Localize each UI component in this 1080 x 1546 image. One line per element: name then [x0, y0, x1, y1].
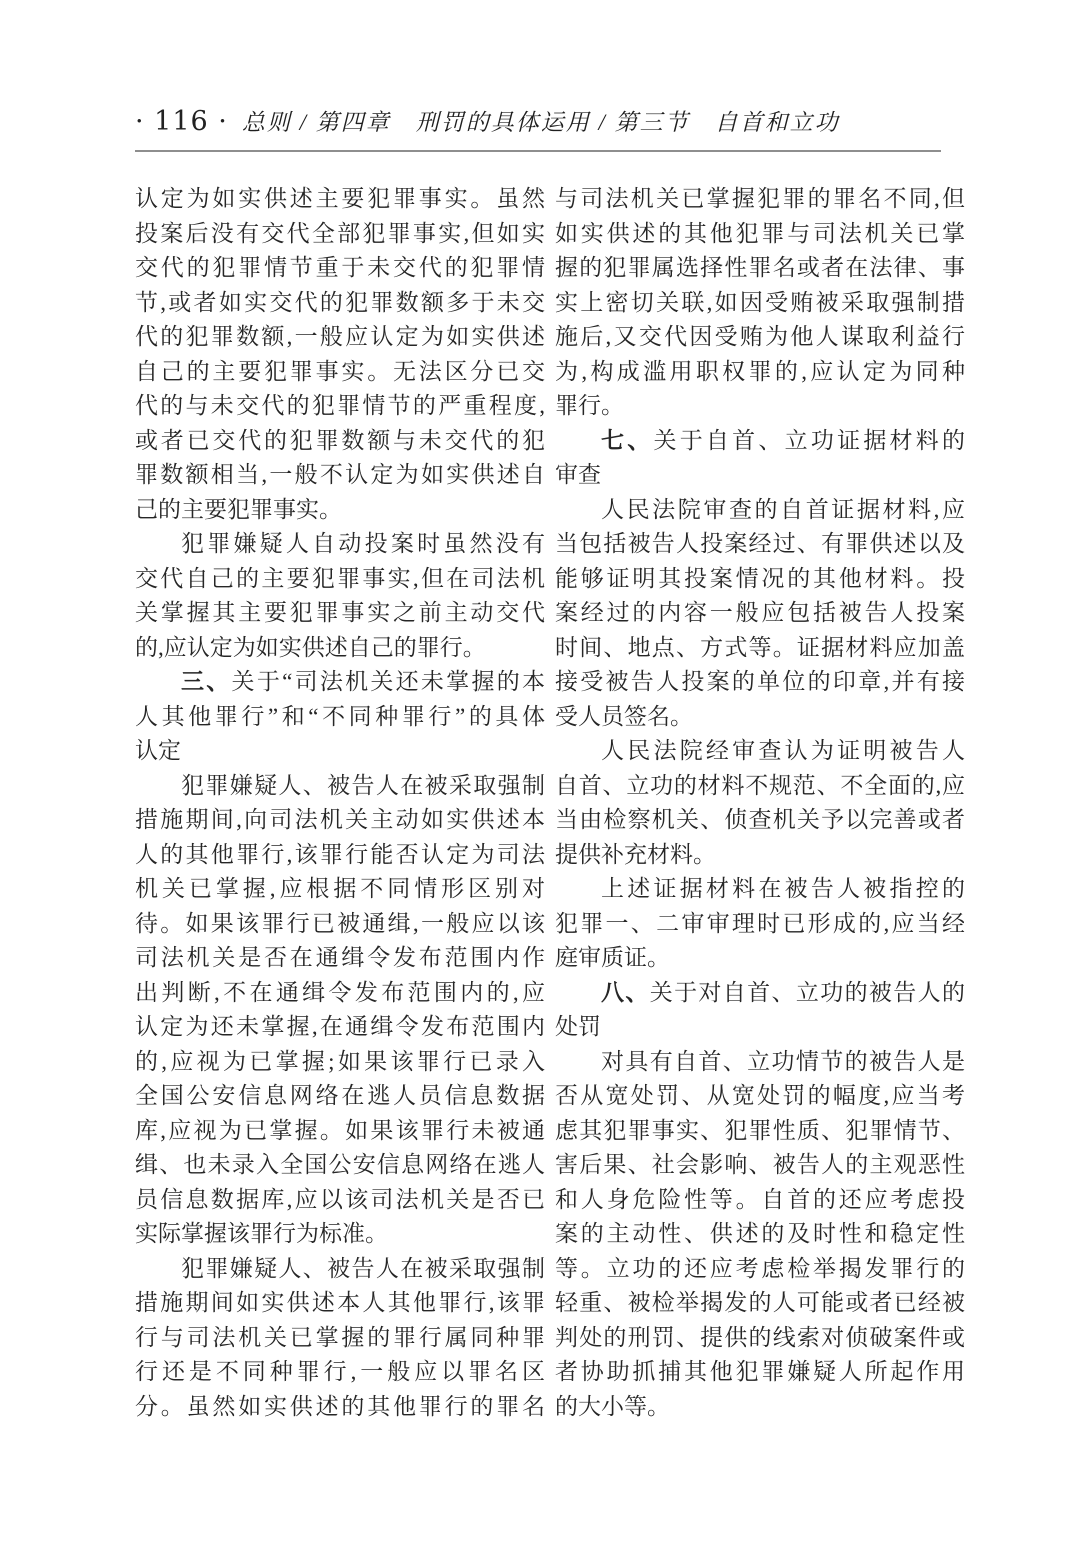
text-line: 者协助抓捕其他犯罪嫌疑人所起作用 [555, 1355, 965, 1390]
text-line: 当包括被告人投案经过、有罪供述以及 [555, 527, 965, 562]
text-line: 行还是不同种罪行,一般应以罪名区 [135, 1355, 545, 1390]
text-line: 案的主动性、供述的及时性和稳定性 [555, 1217, 965, 1252]
text-line: 和人身危险性等。自首的还应考虑投 [555, 1183, 965, 1218]
text-line: 犯罪嫌疑人、被告人在被采取强制 [135, 1252, 545, 1287]
text-line: 罪数额相当,一般不认定为如实供述自 [135, 458, 545, 493]
text-line: 关掌握其主要犯罪事实之前主动交代 [135, 596, 545, 631]
text-line: 处罚 [555, 1010, 965, 1045]
text-line: 交代的犯罪情节重于未交代的犯罪情 [135, 251, 545, 286]
text-line: 库,应视为已掌握。如果该罪行未被通 [135, 1114, 545, 1149]
heading-number: 七、 [601, 428, 653, 453]
text-line: 行与司法机关已掌握的罪行属同种罪 [135, 1321, 545, 1356]
text-line: 审查 [555, 458, 965, 493]
text-line: 害后果、社会影响、被告人的主观恶性 [555, 1148, 965, 1183]
header-divider [135, 150, 941, 152]
text-line: 代的与未交代的犯罪情节的严重程度, [135, 389, 545, 424]
text-line: 为,构成滥用职权罪的,应认定为同种 [555, 355, 965, 390]
text-line: 能够证明其投案情况的其他材料。投 [555, 562, 965, 597]
text-line: 自己的主要犯罪事实。无法区分已交 [135, 355, 545, 390]
text-line: 认定为如实供述主要犯罪事实。虽然 [135, 182, 545, 217]
text-line: 接受被告人投案的单位的印章,并有接 [555, 665, 965, 700]
text-line: 时间、地点、方式等。证据材料应加盖 [555, 631, 965, 666]
text-line: 犯罪一、二审审理时已形成的,应当经 [555, 907, 965, 942]
text-line: 自首、立功的材料不规范、不全面的,应 [555, 769, 965, 804]
text-line: 机关已掌握,应根据不同情形区别对 [135, 872, 545, 907]
text-line: 的,应认定为如实供述自己的罪行。 [135, 631, 545, 666]
heading-line: 八、关于对自首、立功的被告人的 [555, 976, 965, 1011]
text-line: 交代自己的主要犯罪事实,但在司法机 [135, 562, 545, 597]
text-line: 否从宽处罚、从宽处罚的幅度,应当考 [555, 1079, 965, 1114]
text-line: 的,应视为已掌握;如果该罪行已录入 [135, 1045, 545, 1080]
text-line: 如实供述的其他犯罪与司法机关已掌 [555, 217, 965, 252]
text-line: 虑其犯罪事实、犯罪性质、犯罪情节、危 [555, 1114, 965, 1149]
text-line: 犯罪嫌疑人自动投案时虽然没有 [135, 527, 545, 562]
text-line: 司法机关是否在通缉令发布范围内作 [135, 941, 545, 976]
text-line: 代的犯罪数额,一般应认定为如实供述 [135, 320, 545, 355]
text-line: 己的主要犯罪事实。 [135, 493, 545, 528]
text-line: 案经过的内容一般应包括被告人投案 [555, 596, 965, 631]
text-line: 与司法机关已掌握犯罪的罪名不同,但 [555, 182, 965, 217]
text-line: 等。立功的还应考虑检举揭发罪行的 [555, 1252, 965, 1287]
text-line: 判处的刑罚、提供的线索对侦破案件或 [555, 1321, 965, 1356]
text-line: 措施期间,向司法机关主动如实供述本 [135, 803, 545, 838]
text-line: 施后,又交代因受贿为他人谋取利益行 [555, 320, 965, 355]
text-line: 节,或者如实交代的犯罪数额多于未交 [135, 286, 545, 321]
text-line: 员信息数据库,应以该司法机关是否已 [135, 1183, 545, 1218]
text-line: 全国公安信息网络在逃人员信息数据 [135, 1079, 545, 1114]
text-line: 人民法院经审查认为证明被告人 [555, 734, 965, 769]
text-line: 当由检察机关、侦查机关予以完善或者 [555, 803, 965, 838]
left-text-column: 认定为如实供述主要犯罪事实。虽然投案后没有交代全部犯罪事实,但如实交代的犯罪情节… [135, 182, 545, 1424]
text-line: 握的犯罪属选择性罪名或者在法律、事 [555, 251, 965, 286]
page-number: · 116 · [135, 106, 228, 137]
text-line: 认定 [135, 734, 545, 769]
text-line: 受人员签名。 [555, 700, 965, 735]
heading-number: 八、 [601, 980, 650, 1005]
text-line: 实际掌握该罪行为标准。 [135, 1217, 545, 1252]
text-line: 轻重、被检举揭发的人可能或者已经被 [555, 1286, 965, 1321]
text-line: 实上密切关联,如因受贿被采取强制措 [555, 286, 965, 321]
text-line: 犯罪嫌疑人、被告人在被采取强制 [135, 769, 545, 804]
text-line: 缉、也未录入全国公安信息网络在逃人 [135, 1148, 545, 1183]
text-line: 认定为还未掌握,在通缉令发布范围内 [135, 1010, 545, 1045]
text-line: 出判断,不在通缉令发布范围内的,应 [135, 976, 545, 1011]
chapter-breadcrumb: 总则 / 第四章 刑罚的具体运用 / 第三节 自首和立功 [242, 104, 840, 137]
text-line: 庭审质证。 [555, 941, 965, 976]
text-line: 人其他罪行”和“不同种罪行”的具体 [135, 700, 545, 735]
text-line: 分。虽然如实供述的其他罪行的罪名 [135, 1390, 545, 1425]
book-page: · 116 · 总则 / 第四章 刑罚的具体运用 / 第三节 自首和立功 认定为… [0, 0, 1080, 1546]
heading-line: 七、关于自首、立功证据材料的 [555, 424, 965, 459]
text-line: 或者已交代的犯罪数额与未交代的犯 [135, 424, 545, 459]
text-line: 待。如果该罪行已被通缉,一般应以该 [135, 907, 545, 942]
text-line: 罪行。 [555, 389, 965, 424]
text-line: 对具有自首、立功情节的被告人是 [555, 1045, 965, 1080]
text-line: 上述证据材料在被告人被指控的 [555, 872, 965, 907]
text-line: 的大小等。 [555, 1390, 965, 1425]
running-head: · 116 · 总则 / 第四章 刑罚的具体运用 / 第三节 自首和立功 [135, 104, 941, 137]
text-line: 措施期间如实供述本人其他罪行,该罪 [135, 1286, 545, 1321]
text-line: 人的其他罪行,该罪行能否认定为司法 [135, 838, 545, 873]
heading-number: 三、 [181, 669, 232, 694]
text-line: 提供补充材料。 [555, 838, 965, 873]
text-line: 人民法院审查的自首证据材料,应 [555, 493, 965, 528]
text-line: 投案后没有交代全部犯罪事实,但如实 [135, 217, 545, 252]
right-text-column: 与司法机关已掌握犯罪的罪名不同,但如实供述的其他犯罪与司法机关已掌握的犯罪属选择… [555, 182, 965, 1424]
heading-line: 三、关于“司法机关还未掌握的本 [135, 665, 545, 700]
